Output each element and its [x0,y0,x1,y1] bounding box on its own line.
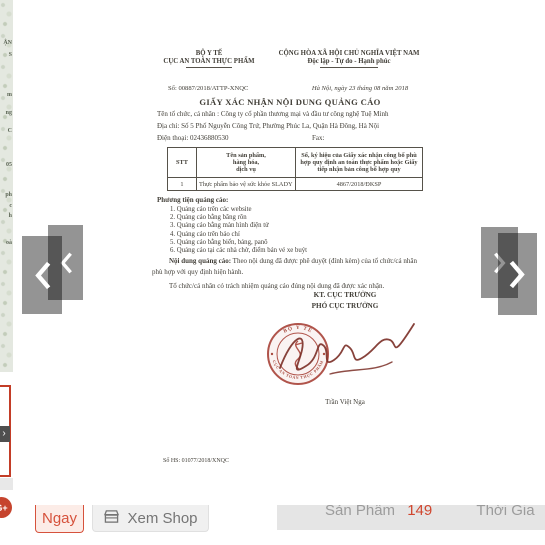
phone-value: Điện thoại: 02436880530 [157,134,229,142]
organization-line: Tên tổ chức, cá nhân : Công ty cổ phần t… [157,110,427,118]
list-item: 6. Quảng cáo tại các nhà chờ, điểm bán v… [170,247,307,255]
thumbnail-next-icon[interactable]: › [0,426,10,442]
table-header-product: Tên sản phẩm, hàng hóa, dịch vụ [197,148,296,178]
buy-now-button[interactable]: Ngay [35,505,84,533]
address-line: Địa chỉ: Số 5 Phố Nguyễn Công Trứ, Phườn… [157,122,427,130]
header-rule [186,67,232,68]
list-item: 3. Quảng cáo bằng màn hình điện tử [170,222,307,230]
products-table: STT Tên sản phẩm, hàng hóa, dịch vụ Số, … [167,147,423,191]
document-number: Số: 00887/2018/ATTP-XNQC [168,85,248,92]
time-label: Thời Gia [476,505,534,523]
sliver-text-fragment: m [7,92,12,98]
phone-line: Điện thoại: 02436880530 Fax: [157,134,427,142]
product-action-bar: G+ Ngay Xem Shop Sản Phẩm 149 Thời Gia [0,490,545,545]
table-header-certificate: Số, ký hiệu của Giấy xác nhận công bố ph… [296,148,423,178]
table-row: 1 Thực phẩm bảo vệ sức khỏe SLADY 4867/2… [168,178,423,191]
sliver-text-fragment: C [8,128,12,134]
list-item: 4. Quảng cáo trên báo chí [170,231,307,239]
hs-number: Số HS: 01077/2018/XNQC [163,458,229,464]
signature-title-2: PHÓ CỤC TRƯỞNG [265,302,425,310]
sliver-text-fragment: ng [6,110,12,116]
sliver-text-fragment: oà [6,240,12,246]
view-shop-button[interactable]: Xem Shop [92,505,209,532]
media-list: 1. Quảng cáo trên các website 2. Quảng c… [170,206,307,255]
cell-product: Thực phẩm bảo vệ sức khỏe SLADY [197,178,296,191]
signature-title-1: KT. CỤC TRƯỞNG [265,291,425,299]
product-stats-strip: Sản Phẩm 149 Thời Gia [277,505,545,530]
content-label: Nội dung quảng cáo: [169,257,231,265]
product-count-value: 149 [407,505,432,523]
sliver-text-fragment: ẬN [3,40,12,46]
chevron-right-icon [507,258,528,291]
content-paragraph: Nội dung quảng cáo: Theo nội dung đã đượ… [152,256,426,277]
previous-image-button[interactable] [22,236,62,314]
sliver-text-fragment: 05 [6,162,12,168]
certificate-document: BỘ Y TẾ CỤC AN TOÀN THỰC PHẨM CỘNG HÒA X… [150,0,430,490]
national-motto-line2: Độc lập - Tự do - Hạnh phúc [268,58,430,65]
sliver-text-fragment: h [9,213,12,219]
product-image-viewer: ẬN S m ng C 05 ph c h oà › BỘ Y TẾ CỤC A… [0,0,545,545]
chevron-left-icon [32,259,53,292]
previous-image-sliver[interactable]: ẬN S m ng C 05 ph c h oà [0,0,13,372]
sliver-text-fragment: ph [5,192,12,198]
list-item: 1. Quảng cáo trên các website [170,206,307,214]
handwritten-signature [272,316,422,388]
product-count-label: Sản Phẩm [325,505,395,523]
cell-stt: 1 [168,178,197,191]
fax-value: Fax: [312,134,324,142]
place-and-date: Hà Nội, ngày 23 tháng 08 năm 2018 [290,85,430,92]
document-header: BỘ Y TẾ CỤC AN TOÀN THỰC PHẨM CỘNG HÒA X… [150,50,430,68]
ministry-name: BỘ Y TẾ [150,50,268,57]
google-plus-share-button[interactable]: G+ [0,497,12,518]
document-title: GIẤY XÁC NHẬN NỘI DUNG QUẢNG CÁO [150,97,430,107]
shop-icon [103,509,120,528]
signer-name: Trần Việt Nga [265,398,425,406]
national-motto-line1: CỘNG HÒA XÃ HỘI CHỦ NGHĨA VIỆT NAM [268,50,430,57]
list-item: 5. Quảng cáo bằng biển, bảng, panô [170,239,307,247]
department-name: CỤC AN TOÀN THỰC PHẨM [150,58,268,65]
next-image-button[interactable] [498,233,537,315]
table-header-stt: STT [168,148,197,178]
media-heading: Phương tiện quảng cáo: [157,196,228,204]
sliver-text-fragment: c [9,203,12,209]
responsibility-paragraph: Tổ chức/cá nhân có trách nhiệm quảng cáo… [152,281,426,292]
sliver-text-fragment: S [9,52,12,58]
list-item: 2. Quảng cáo bằng băng rôn [170,214,307,222]
view-shop-label: Xem Shop [127,510,197,527]
cell-certificate: 4867/2018/ĐKSP [296,178,423,191]
header-rule [320,67,378,68]
